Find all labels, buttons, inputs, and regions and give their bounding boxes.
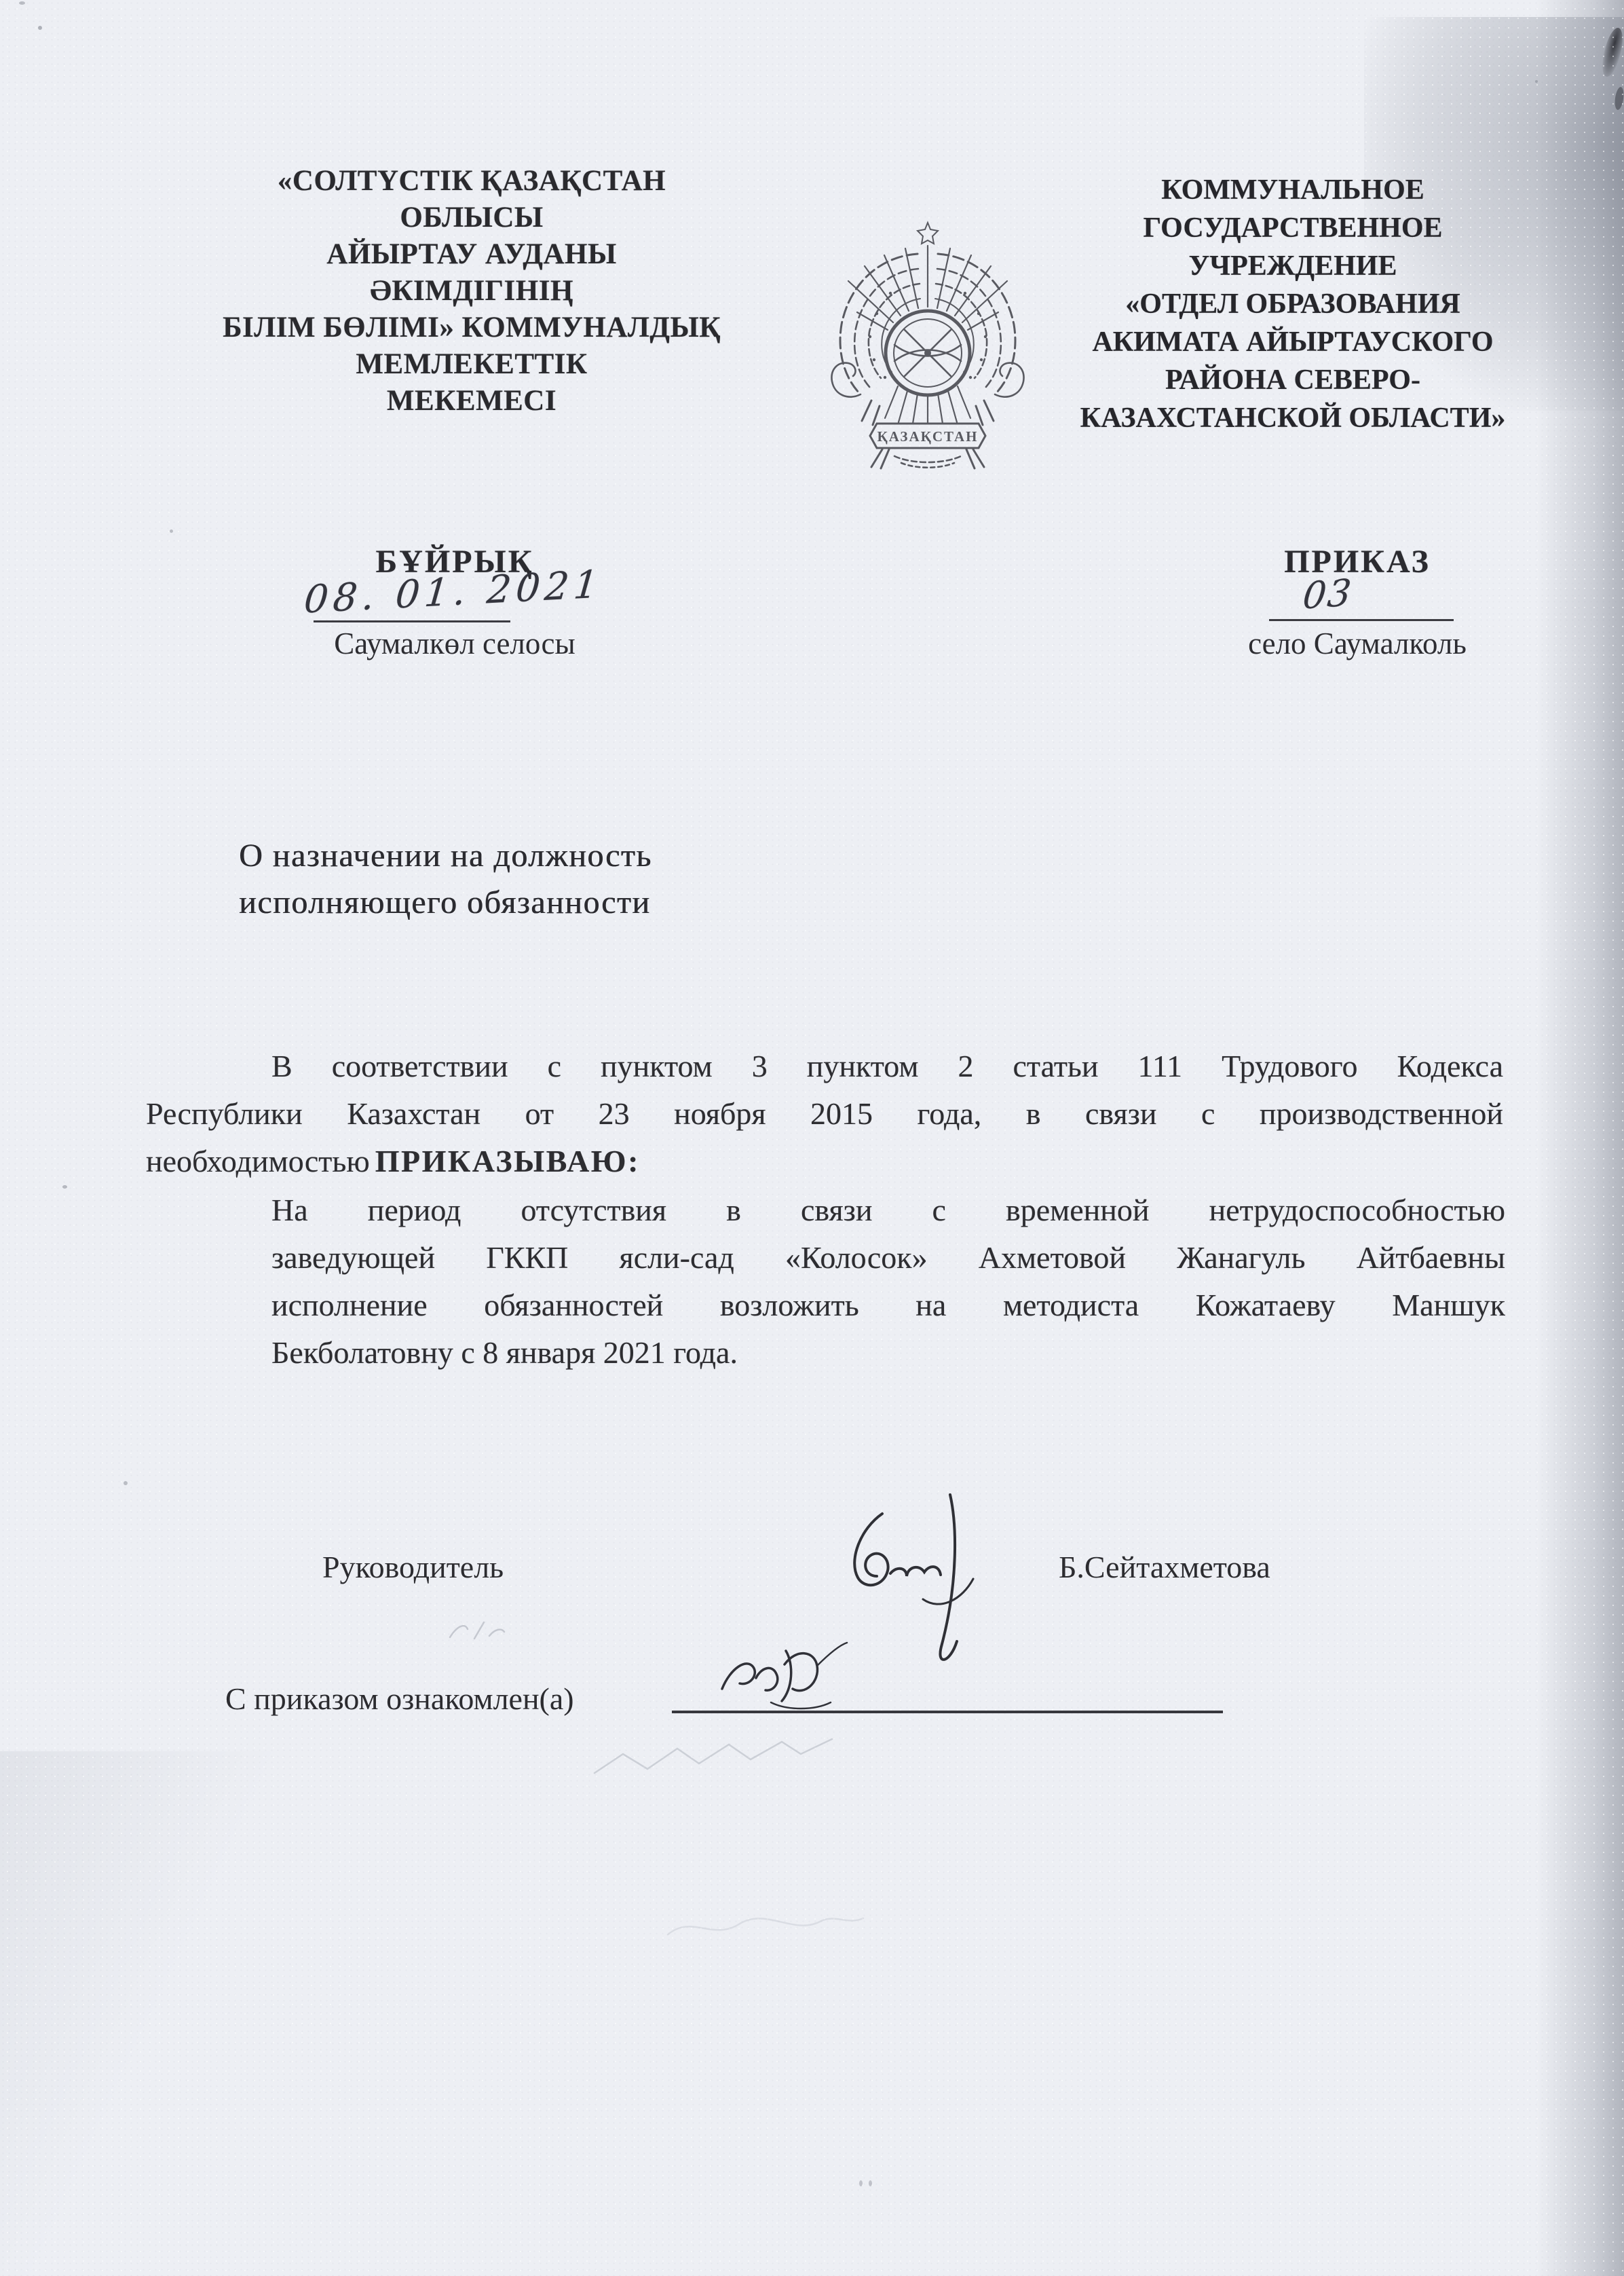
body-line: В соответствии с пунктом 3 пунктом 2 ста… xyxy=(146,1043,1503,1090)
body-line: заведующей ГККП ясли-сад «Колосок» Ахмет… xyxy=(271,1234,1505,1282)
dust-speck xyxy=(62,1185,67,1189)
order-block-russian: ПРИКАЗ 03 село Саумалколь xyxy=(1201,543,1513,665)
dust-speck xyxy=(170,529,173,533)
org-ru-line: АКИМАТА АЙЫРТАУСКОГО xyxy=(1049,323,1537,361)
dust-speck xyxy=(1535,80,1538,83)
order-subject: О назначении на должность исполняющего о… xyxy=(239,832,823,926)
dust-speck xyxy=(38,26,42,30)
org-ru-line: КОММУНАЛЬНОЕ xyxy=(1049,171,1537,209)
body-line: На период отсутствия в связи с временной… xyxy=(271,1187,1505,1234)
dust-speck xyxy=(19,1,25,5)
order-block-kazakh: БҰЙРЫҚ 08. 01. 2021 Саумалкөл селосы xyxy=(292,543,618,665)
order-word-ru: ПРИКАЗ xyxy=(1201,543,1513,580)
body-line: необходимостьюПРИКАЗЫВАЮ: xyxy=(146,1138,1503,1185)
scanned-order-document: «СОЛТҮСТІК ҚАЗАҚСТАН ОБЛЫСЫ АЙЫРТАУ АУДА… xyxy=(0,0,1624,2276)
pencil-scribble xyxy=(590,1724,848,1799)
org-ru-line: УЧРЕЖДЕНИЕ xyxy=(1049,247,1537,285)
org-kk-line: МЕМЛЕКЕТТІК xyxy=(163,346,780,383)
dust-speck xyxy=(869,2180,872,2186)
place-kk: Саумалкөл селосы xyxy=(292,626,618,661)
emblem-banner-text: ҚАЗАҚСТАН xyxy=(877,428,979,445)
org-kk-line: БІЛІМ БӨЛІМІ» КОММУНАЛДЫҚ xyxy=(163,310,780,346)
body-line: исполнение обязанностей возложить на мет… xyxy=(271,1282,1505,1329)
org-kk-line: «СОЛТҮСТІК ҚАЗАҚСТАН xyxy=(163,163,780,200)
place-ru: село Саумалколь xyxy=(1201,626,1513,661)
scan-shading-bottom-left xyxy=(0,1751,380,2276)
org-ru-line: «ОТДЕЛ ОБРАЗОВАНИЯ xyxy=(1049,285,1537,323)
acknowledgement-signature xyxy=(706,1616,882,1724)
acknowledgement-label: С приказом ознакомлен(а) xyxy=(225,1681,574,1717)
decree-prefix: необходимостью xyxy=(146,1144,370,1178)
body-line: Республики Казахстан от 23 ноября 2015 г… xyxy=(146,1090,1503,1138)
handwritten-order-number: 03 xyxy=(1301,571,1355,618)
body-paragraph-assignment: На период отсутствия в связи с временной… xyxy=(271,1187,1505,1377)
org-ru-line: КАЗАХСТАНСКОЙ ОБЛАСТИ» xyxy=(1049,399,1537,437)
org-ru-line: РАЙОНА СЕВЕРО- xyxy=(1049,361,1537,399)
dust-speck xyxy=(859,2180,863,2186)
decree-word: ПРИКАЗЫВАЮ: xyxy=(375,1144,640,1178)
scan-shading-right-edge xyxy=(1536,0,1624,2276)
org-kk-line: АЙЫРТАУ АУДАНЫ xyxy=(163,236,780,273)
org-ru-line: ГОСУДАРСТВЕННОЕ xyxy=(1049,209,1537,247)
signer-name: Б.Сейтахметова xyxy=(1059,1549,1270,1585)
pencil-mark xyxy=(445,1602,526,1649)
body-paragraph-legal-basis: В соответствии с пунктом 3 пунктом 2 ста… xyxy=(146,1043,1503,1185)
number-underline xyxy=(1269,619,1454,621)
dust-speck xyxy=(124,1481,128,1485)
org-name-russian: КОММУНАЛЬНОЕ ГОСУДАРСТВЕННОЕ УЧРЕЖДЕНИЕ … xyxy=(1049,171,1537,437)
pencil-scribble-faint xyxy=(665,1901,869,1955)
date-underline xyxy=(314,620,510,622)
emblem-right-wing xyxy=(935,254,1023,425)
subject-line: исполняющего обязанности xyxy=(239,879,823,926)
subject-line: О назначении на должность xyxy=(239,832,823,879)
org-kk-line: ОБЛЫСЫ xyxy=(163,200,780,236)
org-kk-line: ӘКІМДІГІНІҢ xyxy=(163,273,780,310)
signer-role: Руководитель xyxy=(322,1549,504,1585)
kazakhstan-coat-of-arms-icon: ҚАЗАҚСТАН xyxy=(814,197,1042,472)
body-line: Бекболатовну с 8 января 2021 года. xyxy=(271,1329,1505,1377)
emblem-left-wing xyxy=(832,254,920,425)
org-kk-line: МЕКЕМЕСІ xyxy=(163,383,780,419)
org-name-kazakh: «СОЛТҮСТІК ҚАЗАҚСТАН ОБЛЫСЫ АЙЫРТАУ АУДА… xyxy=(163,163,780,419)
